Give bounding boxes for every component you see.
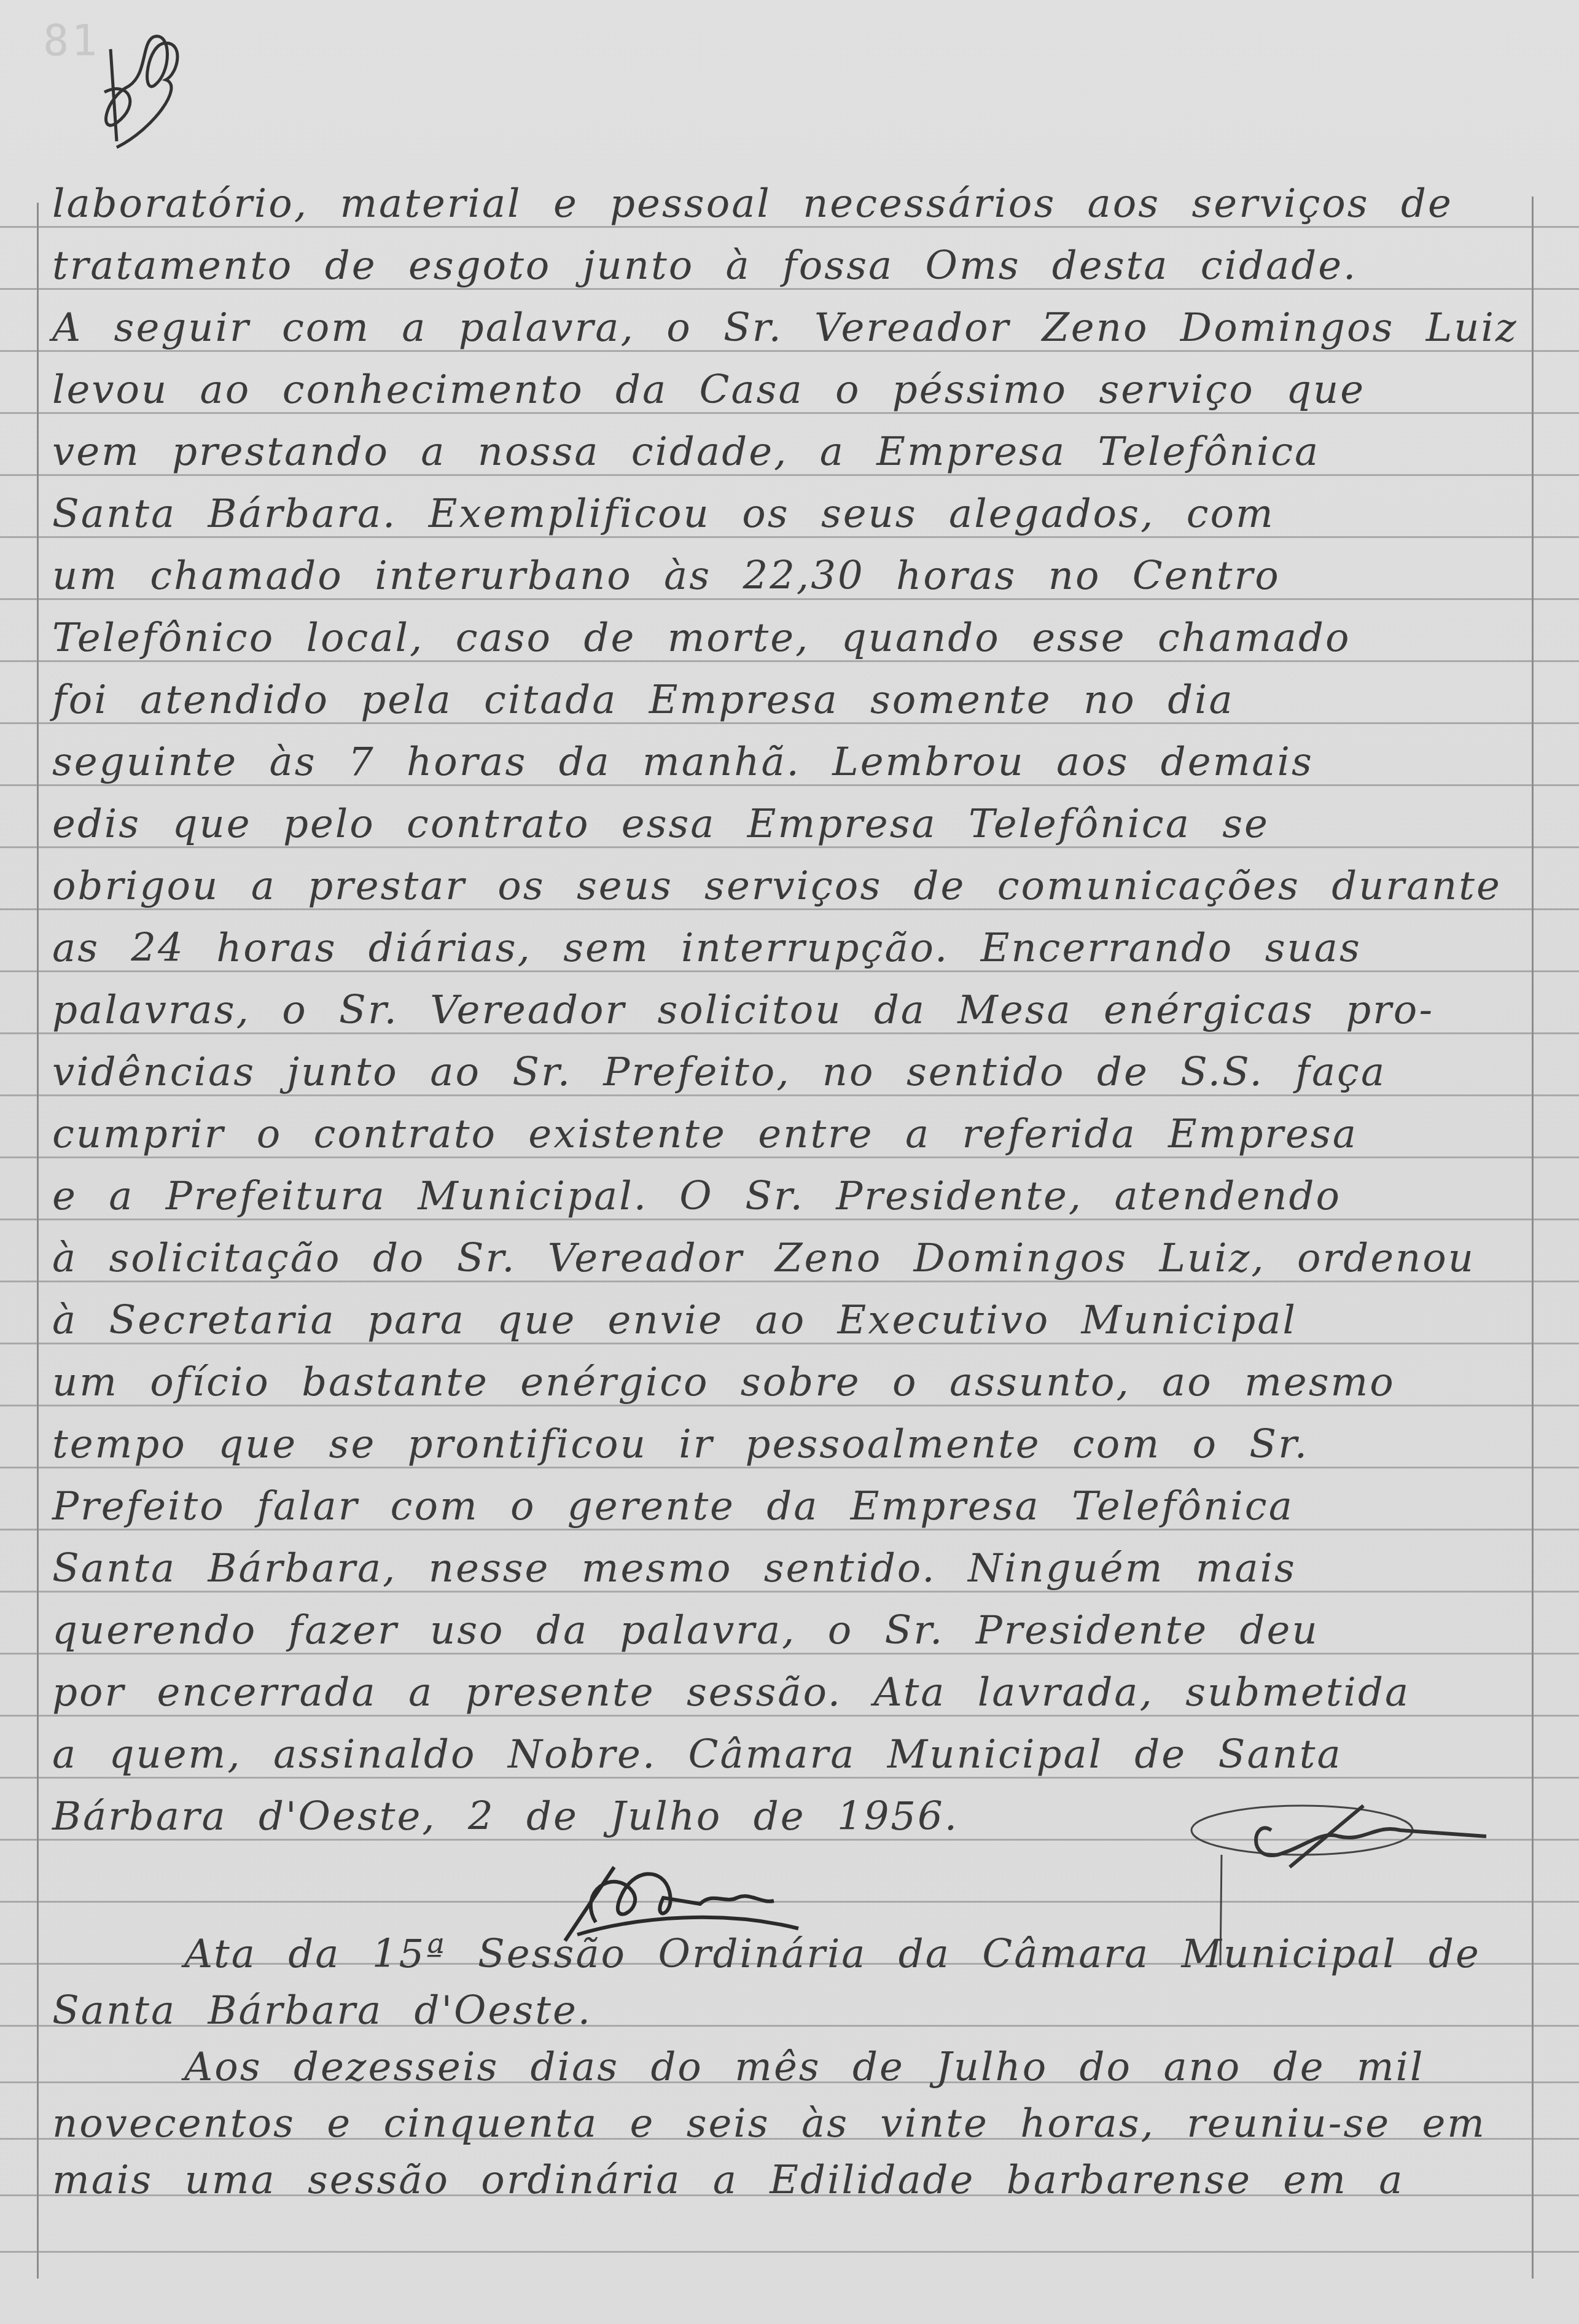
text-line: tempo que se prontificou ir pessoalmente…	[52, 1425, 1520, 1464]
text-line: querendo fazer uso da palavra, o Sr. Pre…	[52, 1611, 1520, 1650]
text-line: seguinte às 7 horas da manhã. Lembrou ao…	[52, 743, 1520, 782]
text-line: e a Prefeitura Municipal. O Sr. Presiden…	[52, 1177, 1520, 1216]
text-line: vidências junto ao Sr. Prefeito, no sent…	[52, 1053, 1520, 1092]
text-line: edis que pelo contrato essa Empresa Tele…	[52, 805, 1520, 844]
minutes-body: Aos dezesseis dias do mês de Julho do an…	[184, 2048, 1523, 2087]
left-margin-line	[37, 203, 39, 2279]
initials-signature	[92, 18, 215, 154]
text-line: por encerrada a presente sessão. Ata lav…	[52, 1673, 1520, 1712]
text-line: à Secretaria para que envie ao Executivo…	[52, 1301, 1520, 1340]
text-line: foi atendido pela citada Empresa somente…	[52, 680, 1520, 720]
text-line: a quem, assinaldo Nobre. Câmara Municipa…	[52, 1735, 1520, 1774]
text-line: Prefeito falar com o gerente da Empresa …	[52, 1487, 1520, 1526]
text-line: vem prestando a nossa cidade, a Empresa …	[52, 432, 1520, 472]
text-line: cumprir o contrato existente entre a ref…	[52, 1115, 1520, 1154]
text-line: A seguir com a palavra, o Sr. Vereador Z…	[52, 308, 1520, 348]
text-line: levou ao conhecimento da Casa o péssimo …	[52, 370, 1520, 410]
page-number-stamp: 81	[43, 15, 99, 66]
ledger-page: 81 laboratório, material e pessoal neces…	[0, 0, 1579, 2324]
text-line: um chamado interurbano às 22,30 horas no…	[52, 556, 1520, 596]
minutes-body: mais uma sessão ordinária a Edilidade ba…	[52, 2161, 1520, 2200]
minutes-heading: Ata da 15ª Sessão Ordinária da Câmara Mu…	[184, 1935, 1523, 1974]
signature-camargo	[1179, 1793, 1499, 1892]
minutes-heading: Santa Bárbara d'Oeste.	[52, 1991, 1520, 2030]
text-line: palavras, o Sr. Vereador solicitou da Me…	[52, 991, 1520, 1030]
text-line: um ofício bastante enérgico sobre o assu…	[52, 1363, 1520, 1402]
text-line: laboratório, material e pessoal necessár…	[52, 184, 1520, 224]
text-line: as 24 horas diárias, sem interrupção. En…	[52, 929, 1520, 968]
right-margin-line	[1532, 197, 1534, 2279]
text-line: tratamento de esgoto junto à fossa Oms d…	[52, 246, 1520, 286]
text-line: Santa Bárbara, nesse mesmo sentido. Ning…	[52, 1549, 1520, 1588]
text-line: Telefônico local, caso de morte, quando …	[52, 618, 1520, 658]
text-line: Santa Bárbara. Exemplificou os seus aleg…	[52, 494, 1520, 534]
text-line: obrigou a prestar os seus serviços de co…	[52, 867, 1520, 906]
minutes-body: novecentos e cinquenta e seis às vinte h…	[52, 2104, 1520, 2143]
text-line: à solicitação do Sr. Vereador Zeno Domin…	[52, 1239, 1520, 1278]
rule-line	[0, 2251, 1579, 2253]
